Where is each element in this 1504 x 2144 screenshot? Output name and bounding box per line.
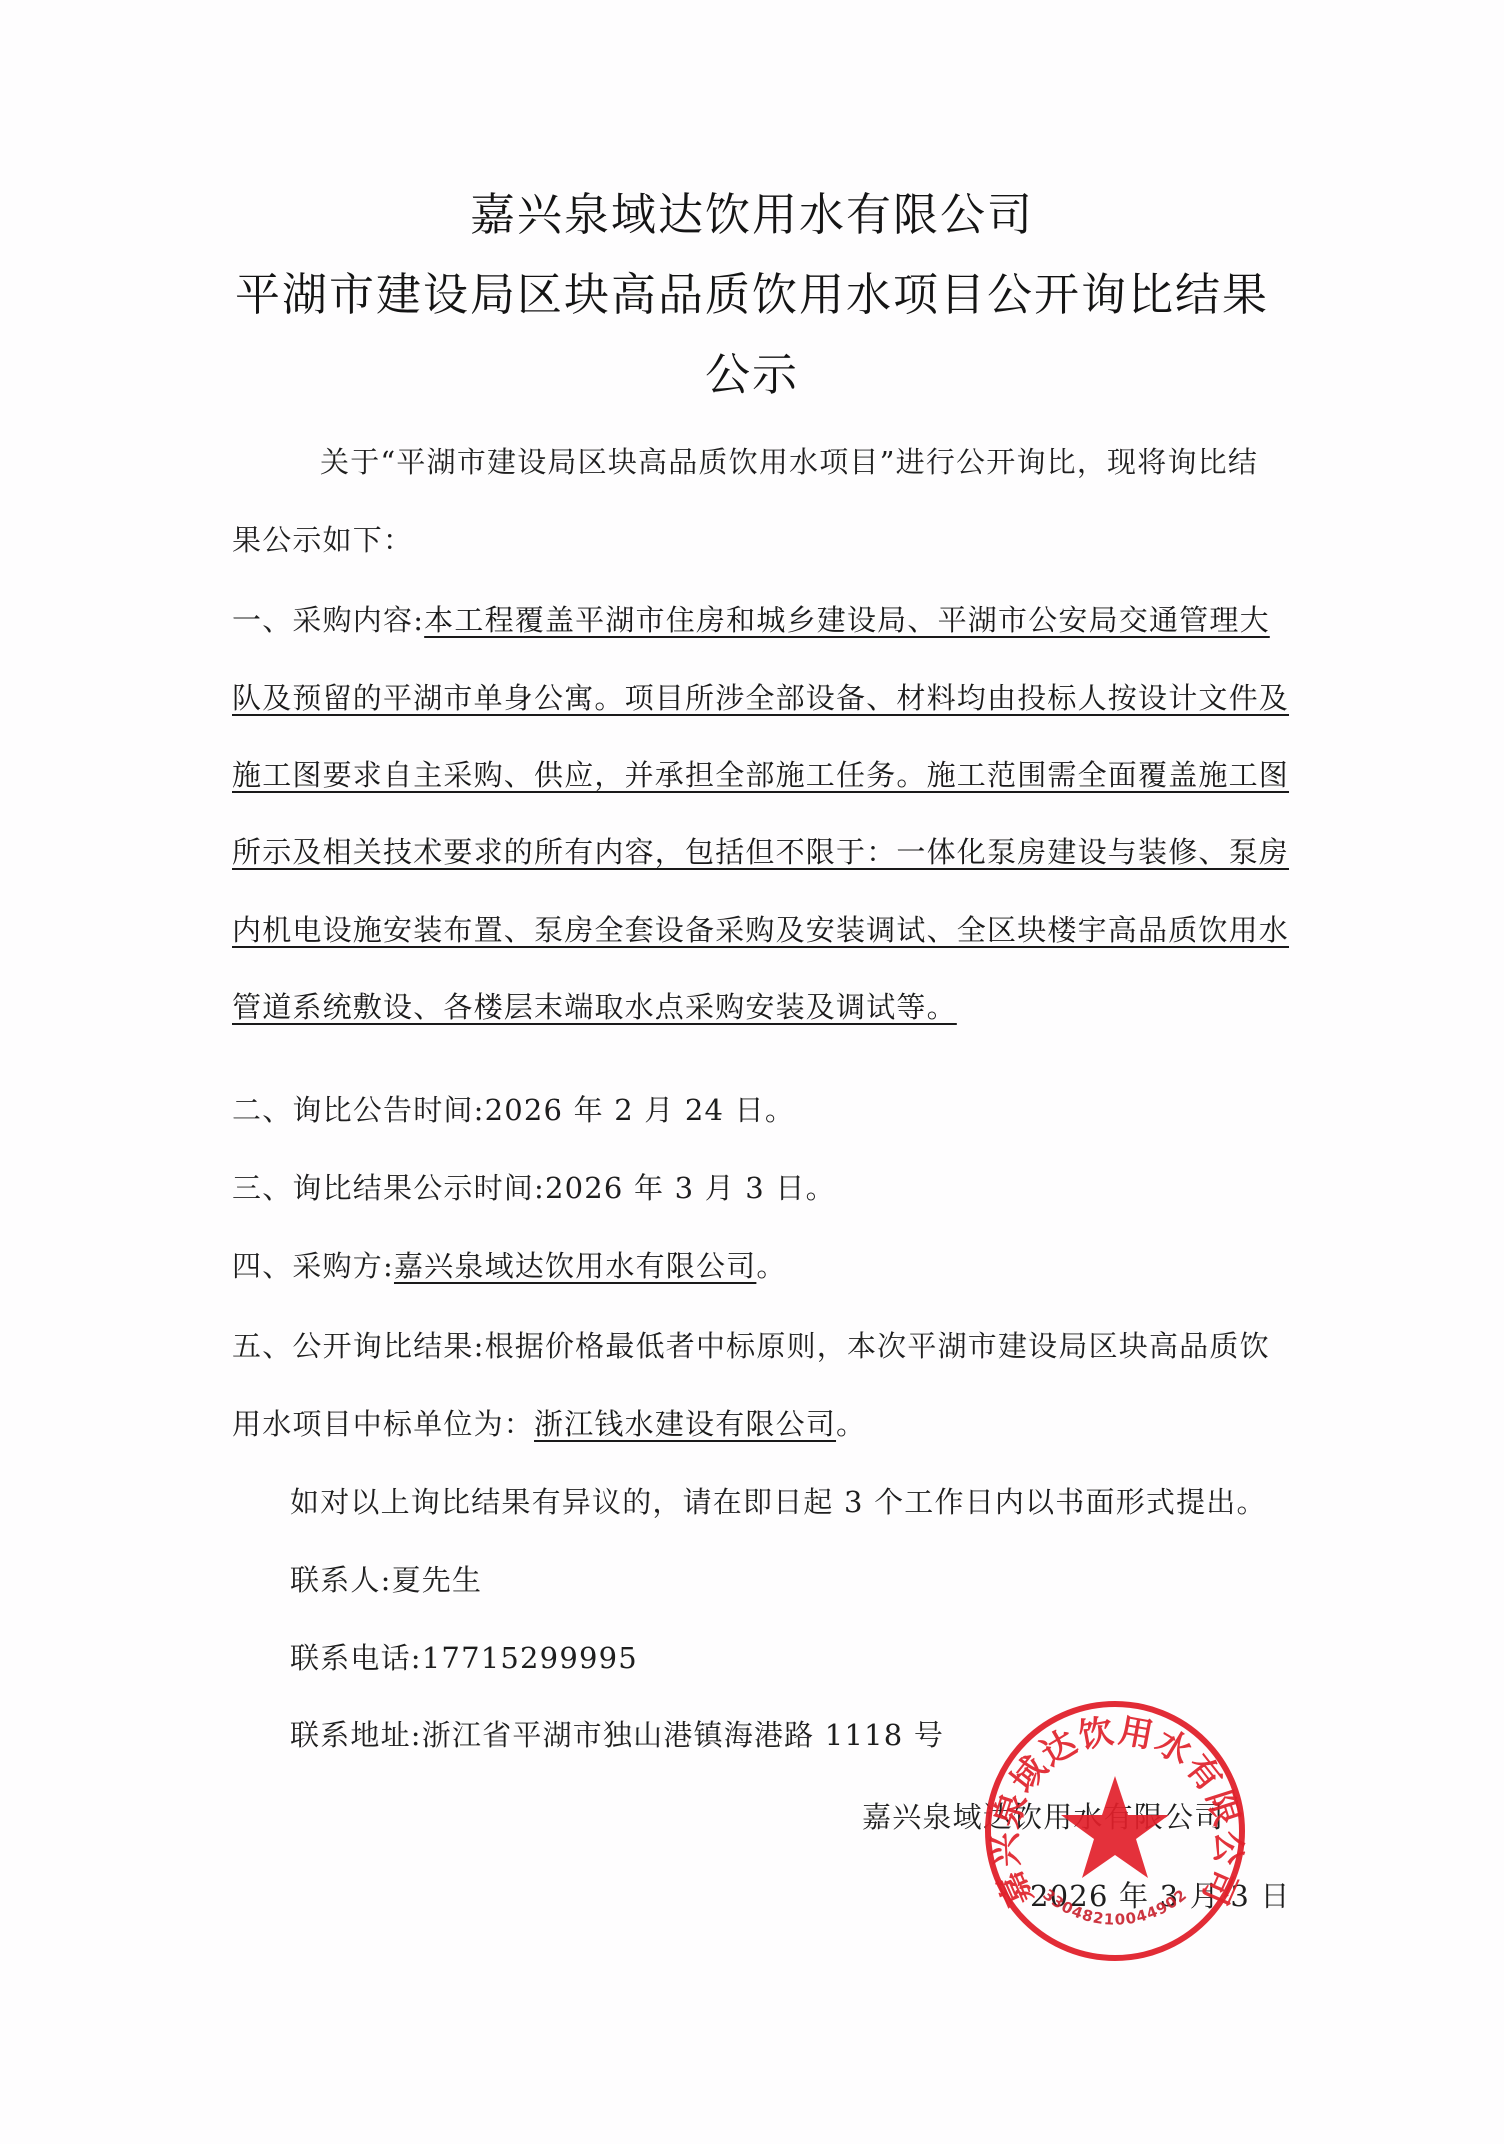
- section-1-line-3: 施工图要求自主采购、供应，并承担全部施工任务。施工范围需全面覆盖施工图: [232, 755, 1289, 795]
- section-1-label: 一、采购内容:: [232, 603, 424, 637]
- section-5-line-1: 五、公开询比结果:根据价格最低者中标原则，本次平湖市建设局区块高品质饮: [232, 1326, 1270, 1366]
- section-1-line-4: 所示及相关技术要求的所有内容，包括但不限于：一体化泵房建设与装修、泵房: [232, 832, 1289, 872]
- contact-person-value: 夏先生: [392, 1563, 483, 1597]
- contact-person-label: 联系人:: [290, 1563, 392, 1597]
- punctuation: 。: [836, 1407, 866, 1441]
- contact-address-value: 浙江省平湖市独山港镇海港路 1118 号: [422, 1718, 944, 1752]
- procurement-content: 本工程覆盖平湖市住房和城乡建设局、平湖市公安局交通管理大: [424, 603, 1270, 637]
- section-4-label: 四、采购方:: [232, 1249, 394, 1283]
- section-3-label: 三、询比结果公示时间:: [232, 1171, 545, 1205]
- contact-phone: 联系电话:17715299995: [290, 1638, 638, 1678]
- document-page: 嘉兴泉域达饮用水有限公司 平湖市建设局区块高品质饮用水项目公开询比结果 公示 关…: [0, 0, 1504, 2144]
- section-5-label: 五、公开询比结果:: [232, 1329, 485, 1363]
- intro-line-2: 果公示如下：: [232, 520, 413, 560]
- section-3: 三、询比结果公示时间:2026 年 3 月 3 日。: [232, 1168, 836, 1208]
- signature-date: 2026 年 3 月 3 日: [1030, 1876, 1291, 1916]
- section-1-line-2: 队及预留的平湖市单身公寓。项目所涉全部设备、材料均由投标人按设计文件及: [232, 678, 1289, 718]
- section-2: 二、询比公告时间:2026 年 2 月 24 日。: [232, 1090, 795, 1130]
- title-project: 平湖市建设局区块高品质饮用水项目公开询比结果: [0, 267, 1504, 323]
- section-1-line-5: 内机电设施安装布置、泵房全套设备采购及安装调试、全区块楼宇高品质饮用水: [232, 910, 1289, 950]
- signature-company: 嘉兴泉域达饮用水有限公司: [862, 1797, 1224, 1837]
- section-2-label: 二、询比公告时间:: [232, 1093, 485, 1127]
- purchaser-name: 嘉兴泉域达饮用水有限公司: [394, 1249, 756, 1283]
- contact-phone-label: 联系电话:: [290, 1641, 422, 1675]
- contact-person: 联系人:夏先生: [290, 1560, 482, 1600]
- contact-address: 联系地址:浙江省平湖市独山港镇海港路 1118 号: [290, 1715, 944, 1755]
- intro-line-1: 关于“平湖市建设局区块高品质饮用水项目”进行公开询比，现将询比结: [320, 442, 1258, 482]
- result-date: 2026 年 3 月 3 日。: [545, 1171, 836, 1205]
- section-1-line-1: 一、采购内容:本工程覆盖平湖市住房和城乡建设局、平湖市公安局交通管理大: [232, 600, 1270, 640]
- winning-bidder: 浙江钱水建设有限公司: [534, 1407, 836, 1441]
- section-5-text: 根据价格最低者中标原则，本次平湖市建设局区块高品质饮: [485, 1329, 1270, 1363]
- section-5-line-2: 用水项目中标单位为：浙江钱水建设有限公司。: [232, 1404, 866, 1444]
- contact-phone-value: 17715299995: [422, 1641, 638, 1675]
- contact-address-label: 联系地址:: [290, 1718, 422, 1752]
- title-announcement: 公示: [0, 347, 1504, 403]
- announcement-date: 2026 年 2 月 24 日。: [485, 1093, 795, 1127]
- section-5-prefix: 用水项目中标单位为：: [232, 1407, 534, 1441]
- section-4: 四、采购方:嘉兴泉域达饮用水有限公司。: [232, 1246, 787, 1286]
- punctuation: 。: [756, 1249, 786, 1283]
- title-company: 嘉兴泉域达饮用水有限公司: [0, 187, 1504, 243]
- section-1-line-6: 管道系统敷设、各楼层末端取水点采购安装及调试等。: [232, 987, 957, 1027]
- objection-notice: 如对以上询比结果有异议的，请在即日起 3 个工作日内以书面形式提出。: [290, 1482, 1267, 1522]
